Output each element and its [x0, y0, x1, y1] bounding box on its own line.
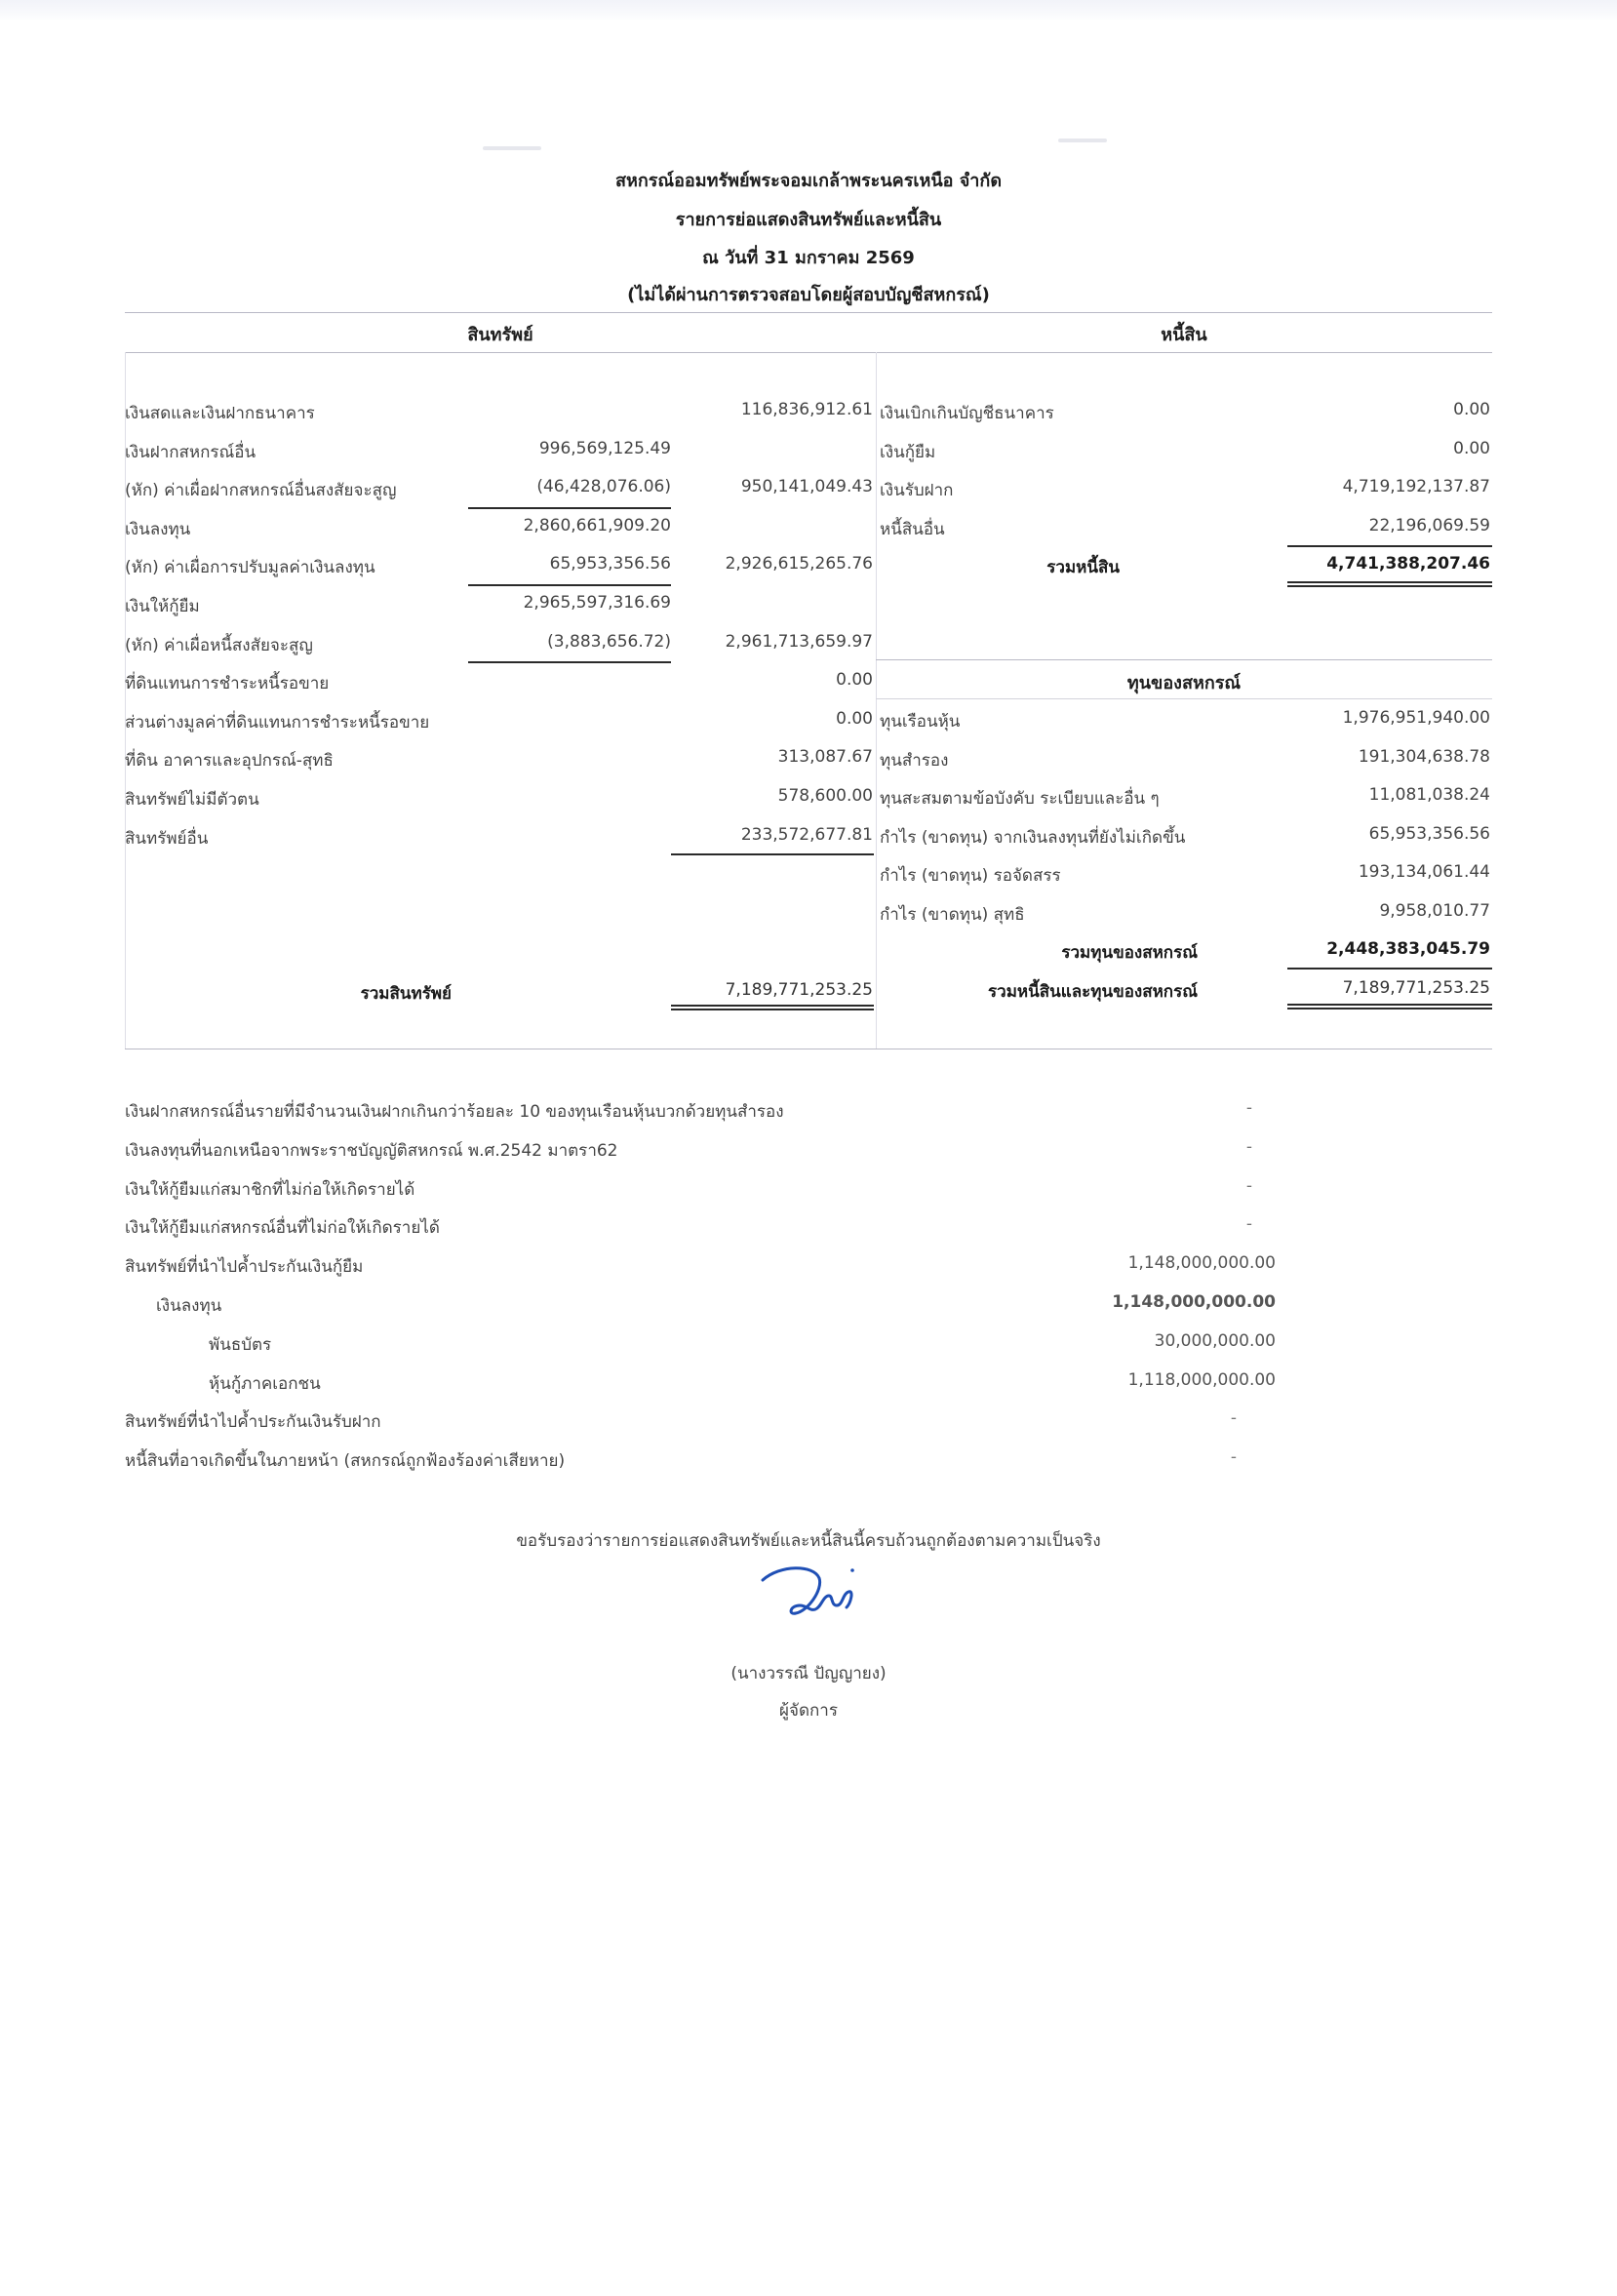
asset-row-label: สินทรัพย์ไม่มีตัวตน: [125, 786, 259, 812]
double-underline: [671, 1005, 874, 1010]
asset-row-amount: 2,961,713,659.97: [624, 632, 873, 652]
subtotal-underline: [468, 507, 671, 509]
asset-row-label: ที่ดิน อาคารและอุปกรณ์-สุทธิ: [125, 747, 334, 773]
table-bottom-border: [125, 1049, 1492, 1049]
equity-heading: ทุนของสหกรณ์: [876, 668, 1492, 696]
audit-note: (ไม่ได้ผ่านการตรวจสอบโดยผู้สอบบัญชีสหกรณ…: [0, 280, 1617, 308]
note-value: -: [983, 1447, 1237, 1467]
double-underline: [1287, 581, 1492, 587]
asset-row-label: เงินฝากสหกรณ์อื่น: [125, 439, 256, 465]
liability-row-label: เงินรับฝาก: [880, 477, 953, 503]
equity-row-amount: 9,958,010.77: [1200, 901, 1490, 921]
report-date: ณ วันที่ 31 มกราคม 2569: [0, 243, 1617, 271]
asset-row-subamount: 996,569,125.49: [429, 439, 671, 458]
total-equity-label: รวมทุนของสหกรณ์: [876, 939, 1198, 966]
double-underline: [1287, 1004, 1492, 1009]
equity-top-border: [876, 659, 1492, 660]
liability-row-amount: 22,196,069.59: [1200, 516, 1490, 535]
equity-row-label: กำไร (ขาดทุน) จากเงินลงทุนที่ยังไม่เกิดข…: [880, 824, 1185, 851]
total-liabilities-amount: 4,741,388,207.46: [1200, 554, 1490, 574]
note-label: เงินลงทุน: [156, 1292, 221, 1319]
subtotal-underline: [1287, 968, 1492, 970]
asset-row-label: ส่วนต่างมูลค่าที่ดินแทนการชำระหนี้รอขาย: [125, 709, 429, 735]
asset-row-label: ที่ดินแทนการชำระหนี้รอขาย: [125, 670, 329, 696]
asset-row-amount: 233,572,677.81: [624, 825, 873, 845]
subtotal-underline: [468, 584, 671, 586]
equity-row-amount: 191,304,638.78: [1200, 747, 1490, 767]
asset-row-label: (หัก) ค่าเผื่อหนี้สงสัยจะสูญ: [125, 632, 313, 658]
equity-row-amount: 193,134,061.44: [1200, 862, 1490, 882]
note-label: พันธบัตร: [209, 1331, 271, 1358]
organization-name: สหกรณ์ออมทรัพย์พระจอมเกล้าพระนครเหนือ จำ…: [0, 166, 1617, 194]
asset-row-amount: 950,141,049.43: [624, 477, 873, 496]
signer-name: (นางวรรณี ปัญญายง): [0, 1660, 1617, 1686]
equity-row-label: กำไร (ขาดทุน) รอจัดสรร: [880, 862, 1061, 889]
grand-total-label: รวมหนี้สินและทุนของสหกรณ์: [876, 978, 1198, 1005]
equity-row-label: กำไร (ขาดทุน) สุทธิ: [880, 901, 1025, 928]
scan-smudge: [1058, 139, 1107, 142]
note-label: เงินให้กู้ยืมแก่สมาชิกที่ไม่ก่อให้เกิดรา…: [125, 1176, 414, 1203]
equity-row-amount: 1,976,951,940.00: [1200, 708, 1490, 728]
equity-row-label: ทุนสำรอง: [880, 747, 948, 773]
asset-row-amount: 0.00: [624, 670, 873, 690]
asset-row-amount: 2,926,615,265.76: [624, 554, 873, 574]
note-value: 1,148,000,000.00: [1022, 1292, 1276, 1312]
equity-row-amount: 65,953,356.56: [1200, 824, 1490, 844]
assets-heading: สินทรัพย์: [125, 320, 876, 348]
note-label: เงินฝากสหกรณ์อื่นรายที่มีจำนวนเงินฝากเกิ…: [125, 1098, 784, 1125]
total-assets-amount: 7,189,771,253.25: [585, 980, 873, 1000]
total-equity-amount: 2,448,383,045.79: [1200, 939, 1490, 959]
note-value: 1,118,000,000.00: [1022, 1370, 1276, 1390]
liability-row-amount: 0.00: [1200, 439, 1490, 458]
report-title: รายการย่อแสดงสินทรัพย์และหนี้สิน: [0, 205, 1617, 233]
note-value: -: [999, 1137, 1252, 1157]
note-value: -: [999, 1098, 1252, 1118]
note-value: 30,000,000.00: [1022, 1331, 1276, 1351]
liability-row-amount: 4,719,192,137.87: [1200, 477, 1490, 496]
scan-artifact: [0, 0, 1617, 21]
note-label: หุ้นกู้ภาคเอกชน: [209, 1370, 321, 1397]
equity-row-label: ทุนสะสมตามข้อบังคับ ระเบียบและอื่น ๆ: [880, 785, 1160, 812]
liability-row-amount: 0.00: [1200, 400, 1490, 419]
asset-row-amount: 578,600.00: [624, 786, 873, 806]
asset-row-label: (หัก) ค่าเผื่อฝากสหกรณ์อื่นสงสัยจะสูญ: [125, 477, 396, 503]
note-label: สินทรัพย์ที่นำไปค้ำประกันเงินกู้ยืม: [125, 1253, 363, 1280]
subtotal-underline: [671, 853, 874, 855]
grand-total-amount: 7,189,771,253.25: [1200, 978, 1490, 998]
equity-header-border: [876, 698, 1492, 699]
note-label: สินทรัพย์ที่นำไปค้ำประกันเงินรับฝาก: [125, 1408, 381, 1435]
liability-row-label: หนี้สินอื่น: [880, 516, 945, 542]
asset-row-amount: 313,087.67: [624, 747, 873, 767]
liabilities-heading: หนี้สิน: [876, 320, 1492, 348]
liability-row-label: เงินเบิกเกินบัญชีธนาคาร: [880, 400, 1054, 426]
asset-row-amount: 0.00: [624, 709, 873, 729]
total-liabilities-label: รวมหนี้สิน: [876, 554, 1120, 580]
note-label: เงินลงทุนที่นอกเหนือจากพระราชบัญญัติสหกร…: [125, 1137, 618, 1164]
table-header-border: [125, 352, 1492, 353]
note-value: -: [999, 1176, 1252, 1196]
asset-row-amount: 116,836,912.61: [624, 400, 873, 419]
equity-row-amount: 11,081,038.24: [1200, 785, 1490, 805]
equity-row-label: ทุนเรือนหุ้น: [880, 708, 960, 734]
table-top-border: [125, 312, 1492, 313]
note-value: -: [983, 1408, 1237, 1428]
signer-title: ผู้จัดการ: [0, 1697, 1617, 1723]
note-value: 1,148,000,000.00: [1022, 1253, 1276, 1273]
asset-row-label: สินทรัพย์อื่น: [125, 825, 208, 851]
asset-row-label: เงินลงทุน: [125, 516, 190, 542]
asset-row-label: (หัก) ค่าเผื่อการปรับมูลค่าเงินลงทุน: [125, 554, 375, 580]
total-assets-label: รวมสินทรัพย์: [125, 980, 452, 1007]
note-label: หนี้สินที่อาจเกิดขึ้นในภายหน้า (สหกรณ์ถู…: [125, 1447, 565, 1474]
asset-row-subamount: 2,965,597,316.69: [429, 593, 671, 613]
note-value: -: [999, 1214, 1252, 1234]
signature: [751, 1561, 887, 1629]
subtotal-underline: [468, 661, 671, 663]
asset-row-label: เงินสดและเงินฝากธนาคาร: [125, 400, 315, 426]
note-label: เงินให้กู้ยืมแก่สหกรณ์อื่นที่ไม่ก่อให้เก…: [125, 1214, 440, 1241]
scan-smudge: [483, 146, 541, 150]
liability-row-label: เงินกู้ยืม: [880, 439, 935, 465]
certification-statement: ขอรับรองว่ารายการย่อแสดงสินทรัพย์และหนี้…: [0, 1527, 1617, 1554]
asset-row-label: เงินให้กู้ยืม: [125, 593, 200, 619]
subtotal-underline: [1287, 545, 1492, 547]
asset-row-subamount: 2,860,661,909.20: [429, 516, 671, 535]
